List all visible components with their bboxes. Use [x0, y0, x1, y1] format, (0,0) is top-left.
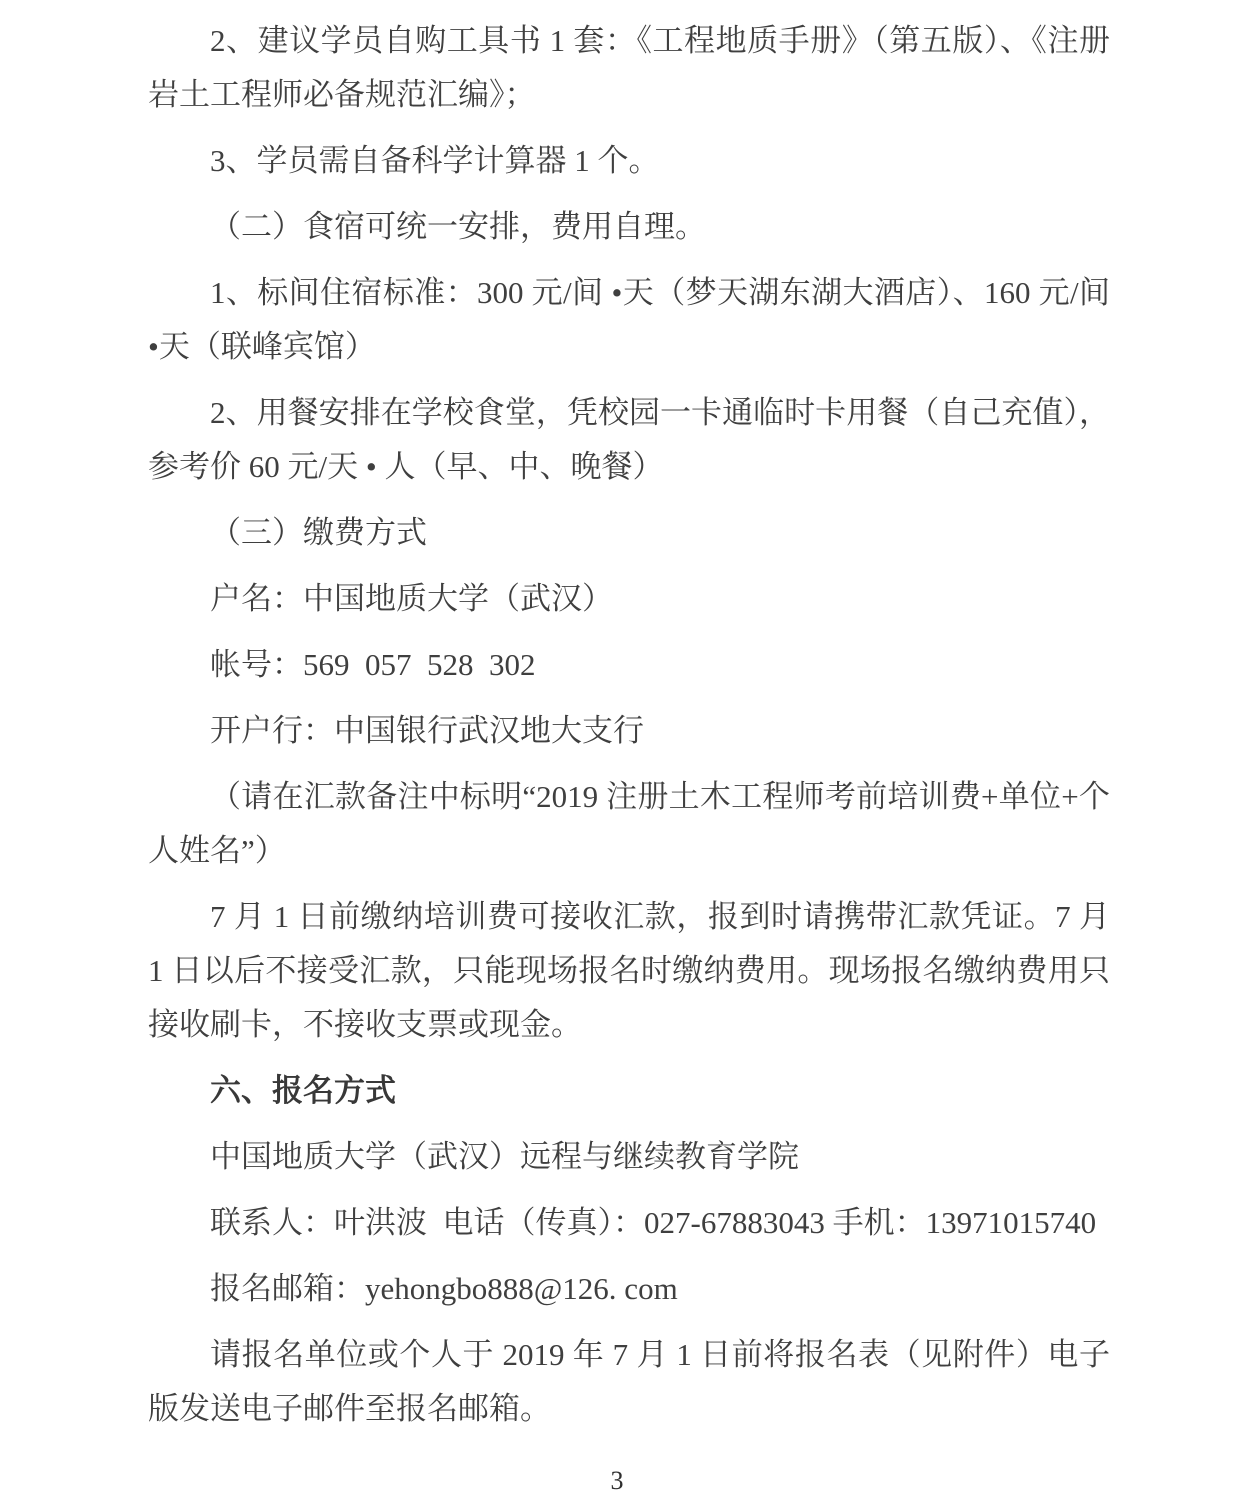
para-payment-deadline: 7 月 1 日前缴纳培训费可接收汇款，报到时请携带汇款凭证。7 月 1 日以后不…	[148, 890, 1110, 1052]
para-submission-deadline: 请报名单位或个人于 2019 年 7 月 1 日前将报名表（见附件）电子版发送电…	[148, 1328, 1110, 1436]
heading-registration-method: 六、报名方式	[148, 1064, 1110, 1118]
para-dining: 2、用餐安排在学校食堂，凭校园一卡通临时卡用餐（自己充值），参考价 60 元/天…	[148, 386, 1110, 494]
para-toolbooks: 2、建议学员自购工具书 1 套：《工程地质手册》（第五版）、《注册岩土工程师必备…	[148, 14, 1110, 122]
document-content: 2、建议学员自购工具书 1 套：《工程地质手册》（第五版）、《注册岩土工程师必备…	[148, 14, 1110, 1448]
para-bank-branch: 开户行：中国银行武汉地大支行	[148, 704, 1110, 758]
document-page: 2、建议学员自购工具书 1 套：《工程地质手册》（第五版）、《注册岩土工程师必备…	[0, 0, 1240, 1506]
para-college-name: 中国地质大学（武汉）远程与继续教育学院	[148, 1130, 1110, 1184]
para-account-name: 户名：中国地质大学（武汉）	[148, 572, 1110, 626]
subheading-payment-method: （三）缴费方式	[148, 506, 1110, 560]
para-account-number: 帐号：569 057 528 302	[148, 638, 1110, 692]
para-remittance-note: （请在汇款备注中标明“2019 注册土木工程师考前培训费+单位+个人姓名”）	[148, 770, 1110, 878]
page-number: 3	[0, 1464, 1234, 1498]
para-calculator: 3、学员需自备科学计算器 1 个。	[148, 134, 1110, 188]
para-hotel-rates: 1、标间住宿标准：300 元/间 •天（梦天湖东湖大酒店）、160 元/间 •天…	[148, 266, 1110, 374]
subheading-accommodation: （二）食宿可统一安排，费用自理。	[148, 200, 1110, 254]
para-contact-info: 联系人：叶洪波 电话（传真）：027-67883043 手机：139710157…	[148, 1196, 1110, 1250]
para-registration-email: 报名邮箱：yehongbo888@126. com	[148, 1262, 1110, 1316]
